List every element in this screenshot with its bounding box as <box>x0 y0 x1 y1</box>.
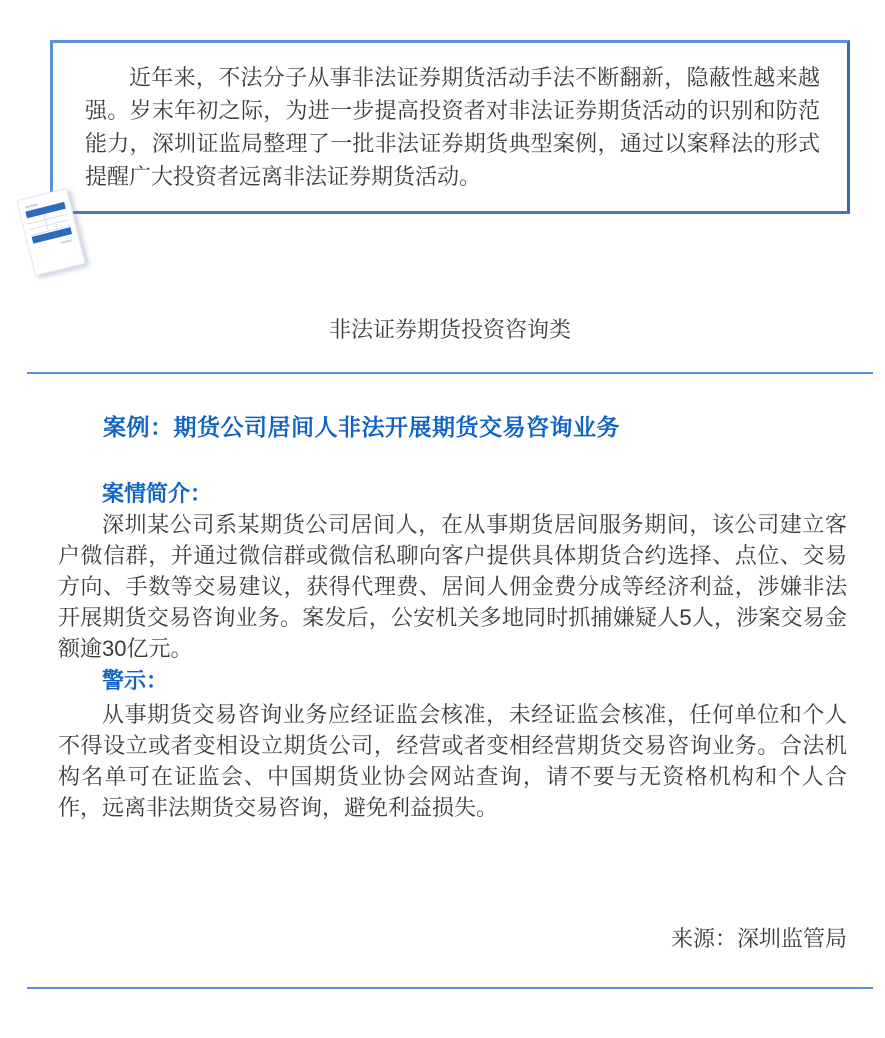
case-title: 案例：期货公司居间人非法开展期货交易咨询业务 <box>103 409 620 442</box>
source-credit: 来源：深圳监管局 <box>671 922 847 953</box>
intro-box: 近年来，不法分子从事非法证券期货活动手法不断翻新，隐蔽性越来越强。岁末年初之际，… <box>50 40 850 214</box>
icon-caption-line <box>61 239 72 244</box>
article-page: 近年来，不法分子从事非法证券期货活动手法不断翻新，隐蔽性越来越强。岁末年初之际，… <box>0 0 885 1038</box>
section-label-case-brief: 案情简介： <box>102 477 212 508</box>
section-text-warning: 从事期货交易咨询业务应经证监会核准，未经证监会核准，任何单位和个人不得设立或者变… <box>58 699 847 823</box>
intro-text: 近年来，不法分子从事非法证券期货活动手法不断翻新，隐蔽性越来越强。岁末年初之际，… <box>85 61 820 193</box>
bottom-divider <box>27 987 873 989</box>
section-text-case-brief: 深圳某公司系某期货公司居间人，在从事期货居间服务期间，该公司建立客户微信群，并通… <box>58 509 847 664</box>
section-label-warning: 警示： <box>102 664 168 695</box>
category-title: 非法证券期货投资咨询类 <box>27 313 873 344</box>
top-divider <box>27 372 873 374</box>
